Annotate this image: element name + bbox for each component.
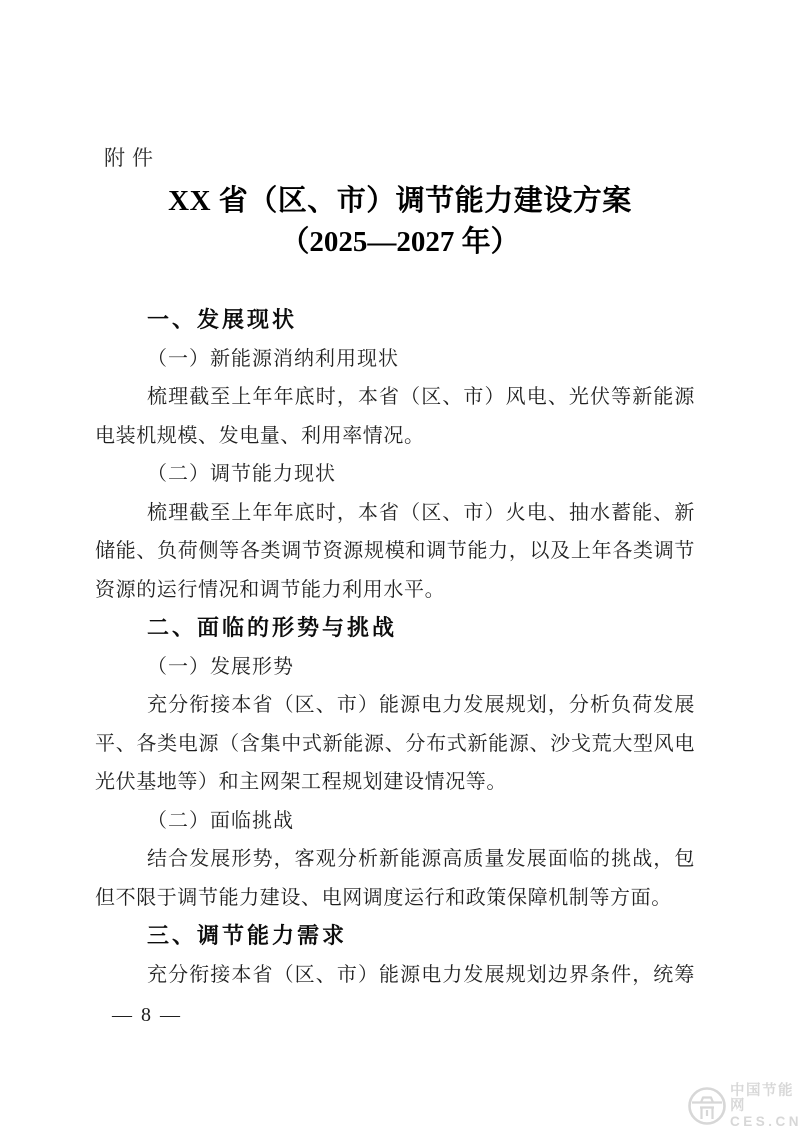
document-line: 结合发展形势，客观分析新能源高质量发展面临的挑战，包括 [95,840,695,879]
document-line: 但不限于调节能力建设、电网调度运行和政策保障机制等方面。 [95,879,695,918]
document-line: （二）调节能力现状 [95,455,695,494]
document-line: 三、调节能力需求 [95,917,695,956]
document-line: （一）新能源消纳利用现状 [95,340,695,379]
watermark-site-domain: CES.CN [730,1115,800,1129]
document-line: 一、发展现状 [95,301,695,340]
document-page: 附件 XX 省（区、市）调节能力建设方案 （2025—2027 年） 一、发展现… [0,0,800,1131]
document-line: 梳理截至上年年底时，本省（区、市）火电、抽水蓄能、新型 [95,494,695,533]
watermark: 中国节能网 CES.CN [687,1084,800,1129]
document-line: （一）发展形势 [95,648,695,687]
watermark-site-name: 中国节能网 [730,1084,800,1113]
attachment-label: 附件 [104,142,160,172]
document-line: 充分衔接本省（区、市）能源电力发展规划，分析负荷发展水 [95,686,695,725]
document-line: 平、各类电源（含集中式新能源、分布式新能源、沙戈荒大型风电 [95,725,695,764]
document-line: 梳理截至上年年底时，本省（区、市）风电、光伏等新能源发 [95,378,695,417]
document-line: 资源的运行情况和调节能力利用水平。 [95,571,695,610]
document-body: 一、发展现状（一）新能源消纳利用现状梳理截至上年年底时，本省（区、市）风电、光伏… [95,301,695,994]
document-line: 充分衔接本省（区、市）能源电力发展规划边界条件，统筹可 [95,956,695,995]
document-line: 电装机规模、发电量、利用率情况。 [95,417,695,456]
document-line: 储能、负荷侧等各类调节资源规模和调节能力，以及上年各类调节 [95,532,695,571]
watermark-text: 中国节能网 CES.CN [730,1084,800,1129]
page-number: — 8 — [112,1004,182,1027]
cesn-logo-icon [687,1086,727,1126]
document-line: 二、面临的形势与挑战 [95,609,695,648]
document-line: （二）面临挑战 [95,802,695,841]
document-line: 光伏基地等）和主网架工程规划建设情况等。 [95,763,695,802]
document-title-line2: （2025—2027 年） [0,219,800,260]
document-title-line1: XX 省（区、市）调节能力建设方案 [0,178,800,219]
